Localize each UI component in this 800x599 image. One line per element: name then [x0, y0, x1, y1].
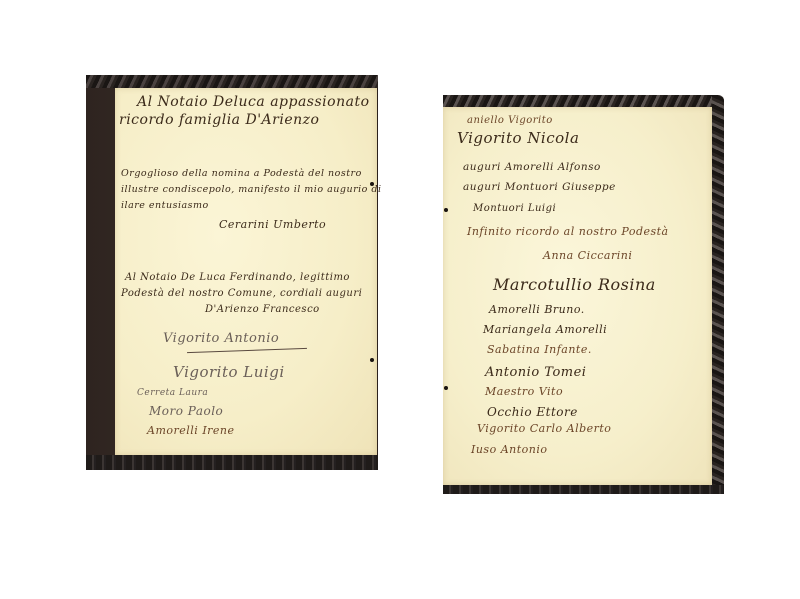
signature-underline — [187, 348, 307, 353]
binding-hole — [444, 208, 448, 212]
right-line-1: aniello Vigorito — [467, 115, 553, 126]
right-album-page: aniello Vigorito Vigorito Nicola auguri … — [443, 107, 712, 485]
right-line-12: Antonio Tomei — [485, 365, 586, 380]
right-cover-top-border — [443, 95, 724, 107]
right-line-4: auguri Montuori Giuseppe — [463, 181, 616, 193]
dedication-line-1: Al Notaio Deluca appassionato — [137, 94, 370, 110]
right-line-3: auguri Amorelli Alfonso — [463, 161, 601, 173]
binding-hole — [370, 358, 374, 362]
right-cover-side-border — [712, 95, 724, 494]
right-line-2: Vigorito Nicola — [457, 129, 579, 147]
right-cover-bottom-border — [443, 485, 724, 494]
right-line-14: Occhio Ettore — [487, 405, 578, 419]
signature-4: Vigorito Luigi — [173, 363, 285, 381]
dedication-line-2: ricordo famiglia D'Arienzo — [119, 112, 319, 128]
signature-6: Moro Paolo — [149, 404, 223, 418]
signature-3: Vigorito Antonio — [163, 331, 279, 346]
right-line-8: Marcotullio Rosina — [493, 275, 656, 294]
paragraph2-line-1: Al Notaio De Luca Ferdinando, legittimo — [125, 272, 350, 283]
right-line-15: Vigorito Carlo Alberto — [477, 422, 611, 435]
right-line-11: Sabatina Infante. — [487, 343, 592, 356]
signature-2: D'Arienzo Francesco — [205, 304, 320, 315]
left-cover-top-border — [86, 75, 378, 88]
right-line-10: Mariangela Amorelli — [483, 323, 607, 336]
binding-hole — [444, 386, 448, 390]
paragraph2-line-2: Podestà del nostro Comune, cordiali augu… — [121, 288, 362, 299]
paragraph-line-2: illustre condiscepolo, manifesto il mio … — [121, 184, 382, 195]
right-line-6: Infinito ricordo al nostro Podestà — [467, 225, 669, 238]
left-album-page: Al Notaio Deluca appassionato ricordo fa… — [115, 88, 377, 455]
left-cover-bottom-border — [86, 455, 378, 470]
right-line-16: Iuso Antonio — [471, 443, 548, 456]
paragraph-line-1: Orgoglioso della nomina a Podestà del no… — [121, 168, 362, 179]
right-line-7: Anna Ciccarini — [543, 249, 632, 262]
signature-5: Cerreta Laura — [137, 388, 208, 398]
signature-1: Cerarini Umberto — [219, 218, 326, 231]
right-line-5: Montuori Luigi — [473, 203, 556, 214]
right-line-9: Amorelli Bruno. — [489, 303, 585, 316]
paragraph-line-3: ilare entusiasmo — [121, 200, 209, 211]
binding-hole — [370, 182, 374, 186]
right-line-13: Maestro Vito — [485, 385, 563, 398]
signature-7: Amorelli Irene — [147, 424, 235, 437]
